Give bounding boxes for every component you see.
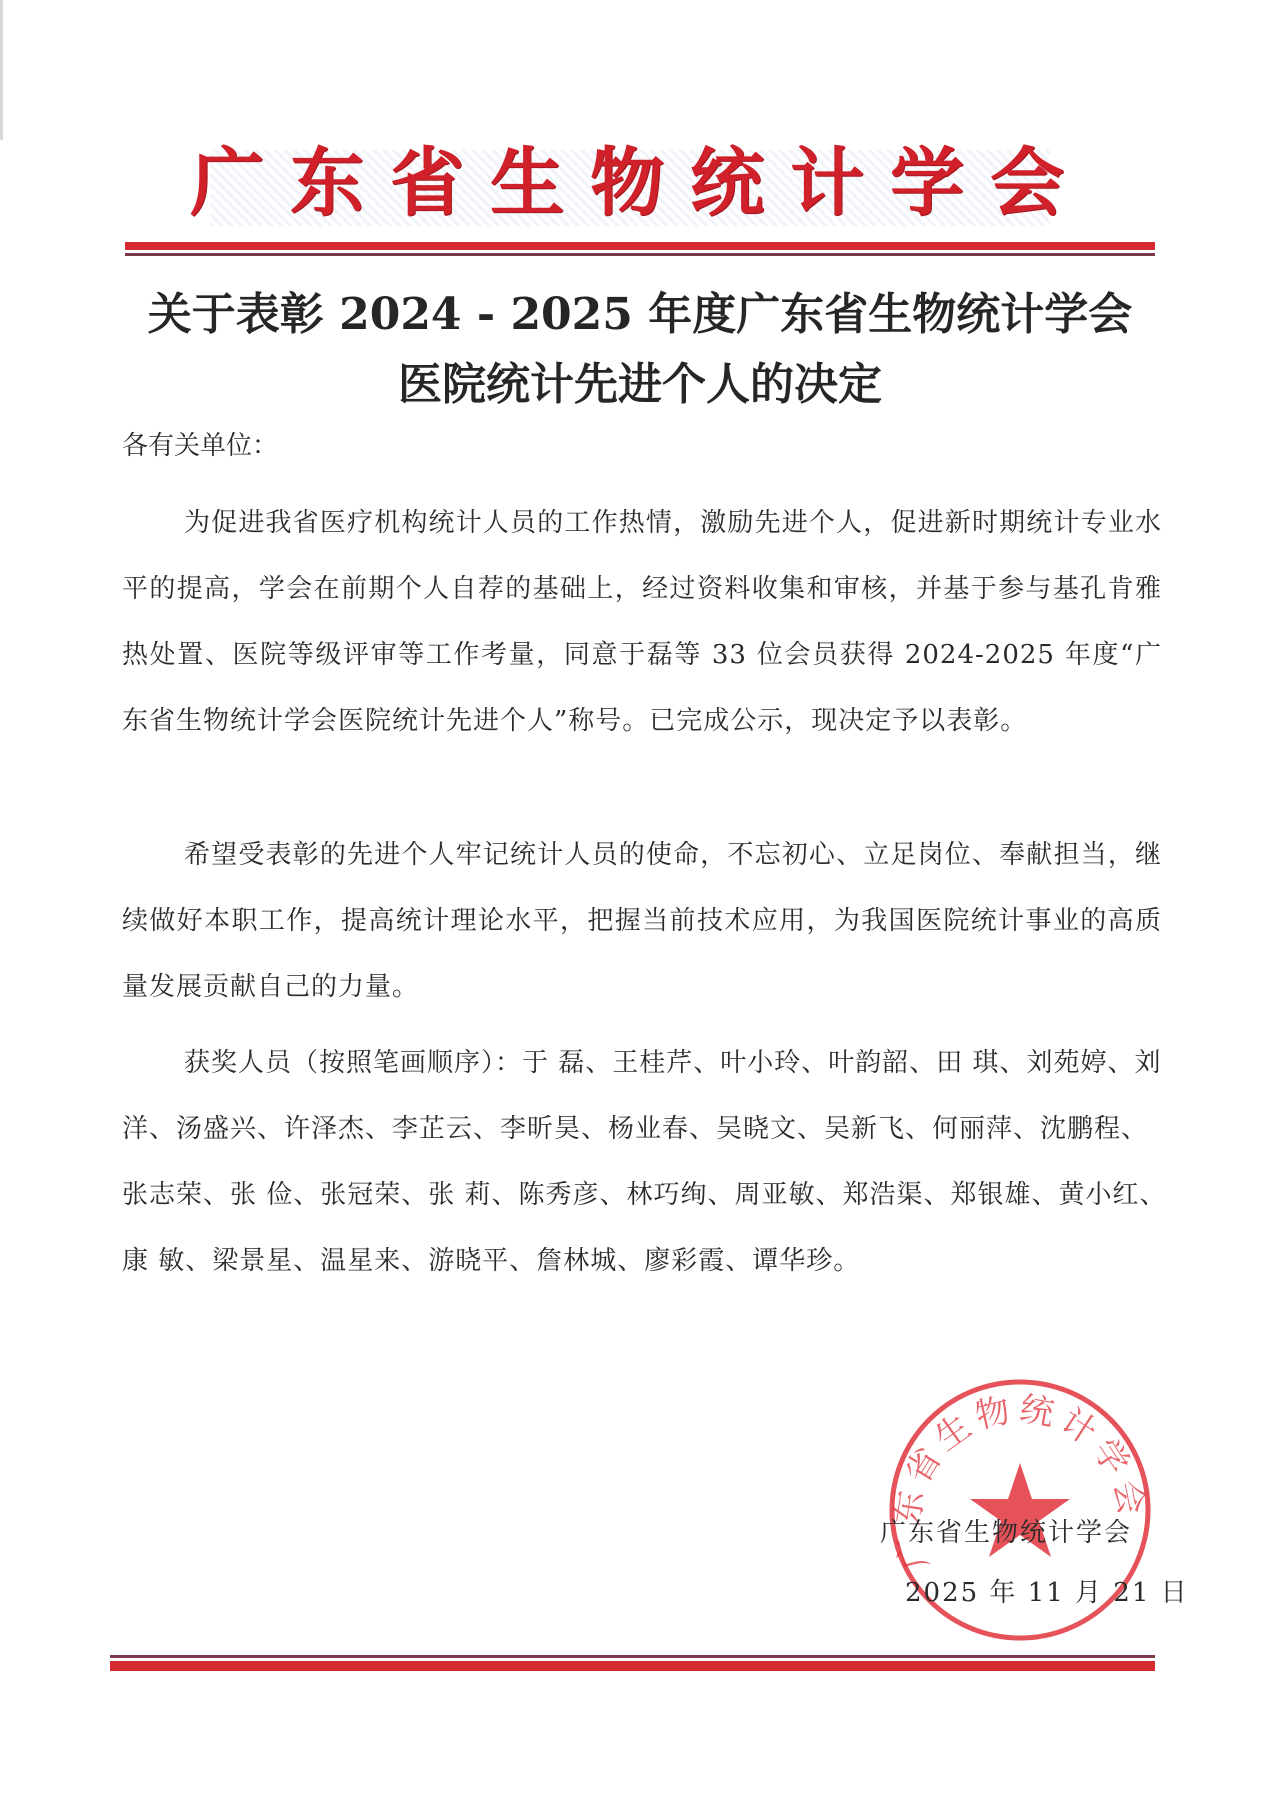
signature-org: 广东省生物统计学会: [880, 1515, 1132, 1551]
footer-divider: [110, 1655, 1155, 1671]
document-title-line2: 医院统计先进个人的决定: [0, 357, 1280, 413]
paragraph-2: 希望受表彰的先进个人牢记统计人员的使命，不忘初心、立足岗位、奉献担当，继续做好本…: [122, 822, 1162, 1020]
masthead-org-name: 广东省生物统计学会: [0, 138, 1280, 228]
salutation: 各有关单位：: [122, 428, 278, 464]
document-title-line1: 关于表彰 2024 - 2025 年度广东省生物统计学会: [0, 287, 1280, 343]
header-divider: [125, 242, 1155, 256]
signature-date: 2025 年 11 月 21 日: [905, 1575, 1189, 1611]
awardees-list: 获奖人员（按照笔画顺序）：于 磊、王桂芹、叶小玲、叶韵韶、田 琪、刘苑婷、刘 洋…: [122, 1030, 1167, 1294]
scan-edge: [0, 0, 3, 140]
paragraph-1: 为促进我省医疗机构统计人员的工作热情，激励先进个人，促进新时期统计专业水平的提高…: [122, 490, 1162, 754]
